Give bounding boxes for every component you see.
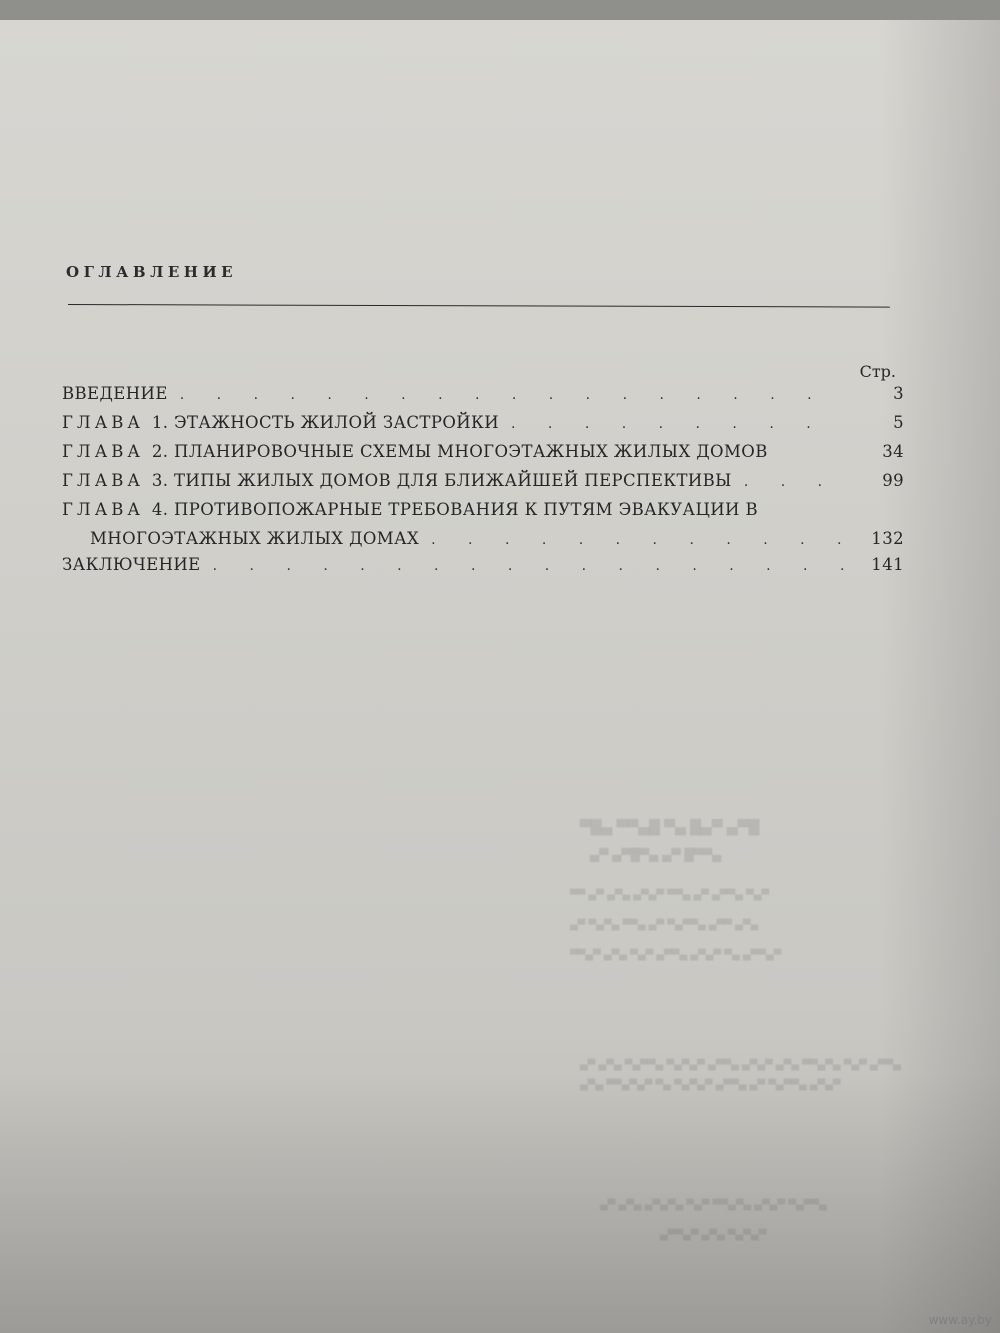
chapter-prefix: ГЛАВА (62, 500, 144, 519)
chapter-prefix: ГЛАВА (62, 413, 144, 432)
leader-dots (511, 416, 844, 432)
show-through-text: ▀▄▀▀▄ ▄▀ ▀▄▀▄ ▄▀▀▄ ▀▄▀ ▄▀▄ ▀▄▀▀ (570, 950, 781, 961)
entry-page: 3 (856, 384, 904, 403)
leader-dots (180, 387, 844, 403)
leader-dots (431, 532, 844, 548)
entry-title: МНОГОЭТАЖНЫХ ЖИЛЫХ ДОМАХ (62, 529, 419, 548)
show-through-text: ▄▀▀▄▀ ▀▄▀▄ ▄▀▄▀▀ ▀▄▀ ▄▀▄▀▄ ▄▀▄ ▀▄ (600, 1200, 827, 1211)
show-through-text: █▀▄ ▀▄█ ▄▀ █▄▀▀ ▄█▀ (580, 820, 759, 836)
entry-title: 1. ЭТАЖНОСТЬ ЖИЛОЙ ЗАСТРОЙКИ (152, 413, 499, 432)
watermark: www.ay.by (929, 1313, 992, 1327)
paper-page: ОГЛАВЛЕНИЕ Стр. ВВЕДЕНИЕ 3 ГЛАВА1. ЭТАЖН… (0, 20, 1000, 1333)
toc-heading: ОГЛАВЛЕНИЕ (66, 263, 237, 281)
entry-title: 2. ПЛАНИРОВОЧНЫЕ СХЕМЫ МНОГОЭТАЖНЫХ ЖИЛЫ… (152, 442, 768, 461)
entry-page: 99 (856, 471, 904, 490)
entry-title: ЗАКЛЮЧЕНИЕ (62, 555, 201, 574)
entry-title: 3. ТИПЫ ЖИЛЫХ ДОМОВ ДЛЯ БЛИЖАЙШЕЙ ПЕРСПЕ… (152, 471, 732, 490)
page-shadow-bottom (0, 1073, 1000, 1333)
show-through-text: ▀▄▀▄▀ ▄▀▄ ▀▄▀▀▄ (660, 1230, 766, 1241)
entry-page: 141 (856, 555, 904, 574)
heading-rule (68, 304, 890, 308)
chapter-prefix: ГЛАВА (62, 442, 144, 461)
page-column-label: Стр. (860, 362, 896, 381)
entry-title: 4. ПРОТИВОПОЖАРНЫЕ ТРЕБОВАНИЯ К ПУТЯМ ЭВ… (152, 500, 758, 519)
toc-entry-chapter-2: ГЛАВА2. ПЛАНИРОВОЧНЫЕ СХЕМЫ МНОГОЭТАЖНЫХ… (62, 442, 904, 468)
toc-entry-introduction: ВВЕДЕНИЕ 3 (62, 384, 904, 410)
show-through-text: ▄▀▀█ ▀▄ ▄▀█▀▄ ▀▄ (590, 848, 721, 862)
entry-title: ВВЕДЕНИЕ (62, 384, 168, 403)
entry-page: 34 (856, 442, 904, 461)
chapter-prefix: ГЛАВА (62, 471, 144, 490)
show-through-text: ▀▄▀ ▄▀▀▄ ▀▄ ▄▀▀ ▀▄▀▄ ▄▀▄ ▀▄ ▀▀ (570, 890, 769, 901)
toc-entry-chapter-4-continued: МНОГОЭТАЖНЫХ ЖИЛЫХ ДОМАХ 132 (62, 529, 904, 555)
entry-page: 132 (856, 529, 904, 548)
toc-entry-chapter-1: ГЛАВА1. ЭТАЖНОСТЬ ЖИЛОЙ ЗАСТРОЙКИ 5 (62, 413, 904, 439)
show-through-text: ▄▀▄ ▀▀▄ ▄▀▀▄▀ ▀▄ ▄▀▀ ▄▀▄▀ ▀▄ (570, 920, 758, 931)
entry-page: 5 (856, 413, 904, 432)
show-through-text: ▀▄▀▄ ▄▀▀▄▀ ▀▄ ▄▀▀▄ ▀▄▀▄▀ ▄▀ ▀▄▀▄▀▀ ▄▀▄ (580, 1080, 841, 1091)
toc-entry-chapter-3: ГЛАВА3. ТИПЫ ЖИЛЫХ ДОМОВ ДЛЯ БЛИЖАЙШЕЙ П… (62, 471, 904, 497)
toc-entry-conclusion: ЗАКЛЮЧЕНИЕ 141 (62, 555, 904, 581)
toc-entry-chapter-4: ГЛАВА4. ПРОТИВОПОЖАРНЫЕ ТРЕБОВАНИЯ К ПУТ… (62, 500, 904, 526)
show-through-text: ▄▀▀▄ ▀▄▀ ▄▀▄▀▀ ▄▀▄ ▀▄▀▄ ▄▀▀▄ ▀▄▀▄▀ ▄▀▀▄▀… (580, 1060, 901, 1071)
leader-dots (744, 474, 844, 490)
leader-dots (213, 558, 844, 574)
